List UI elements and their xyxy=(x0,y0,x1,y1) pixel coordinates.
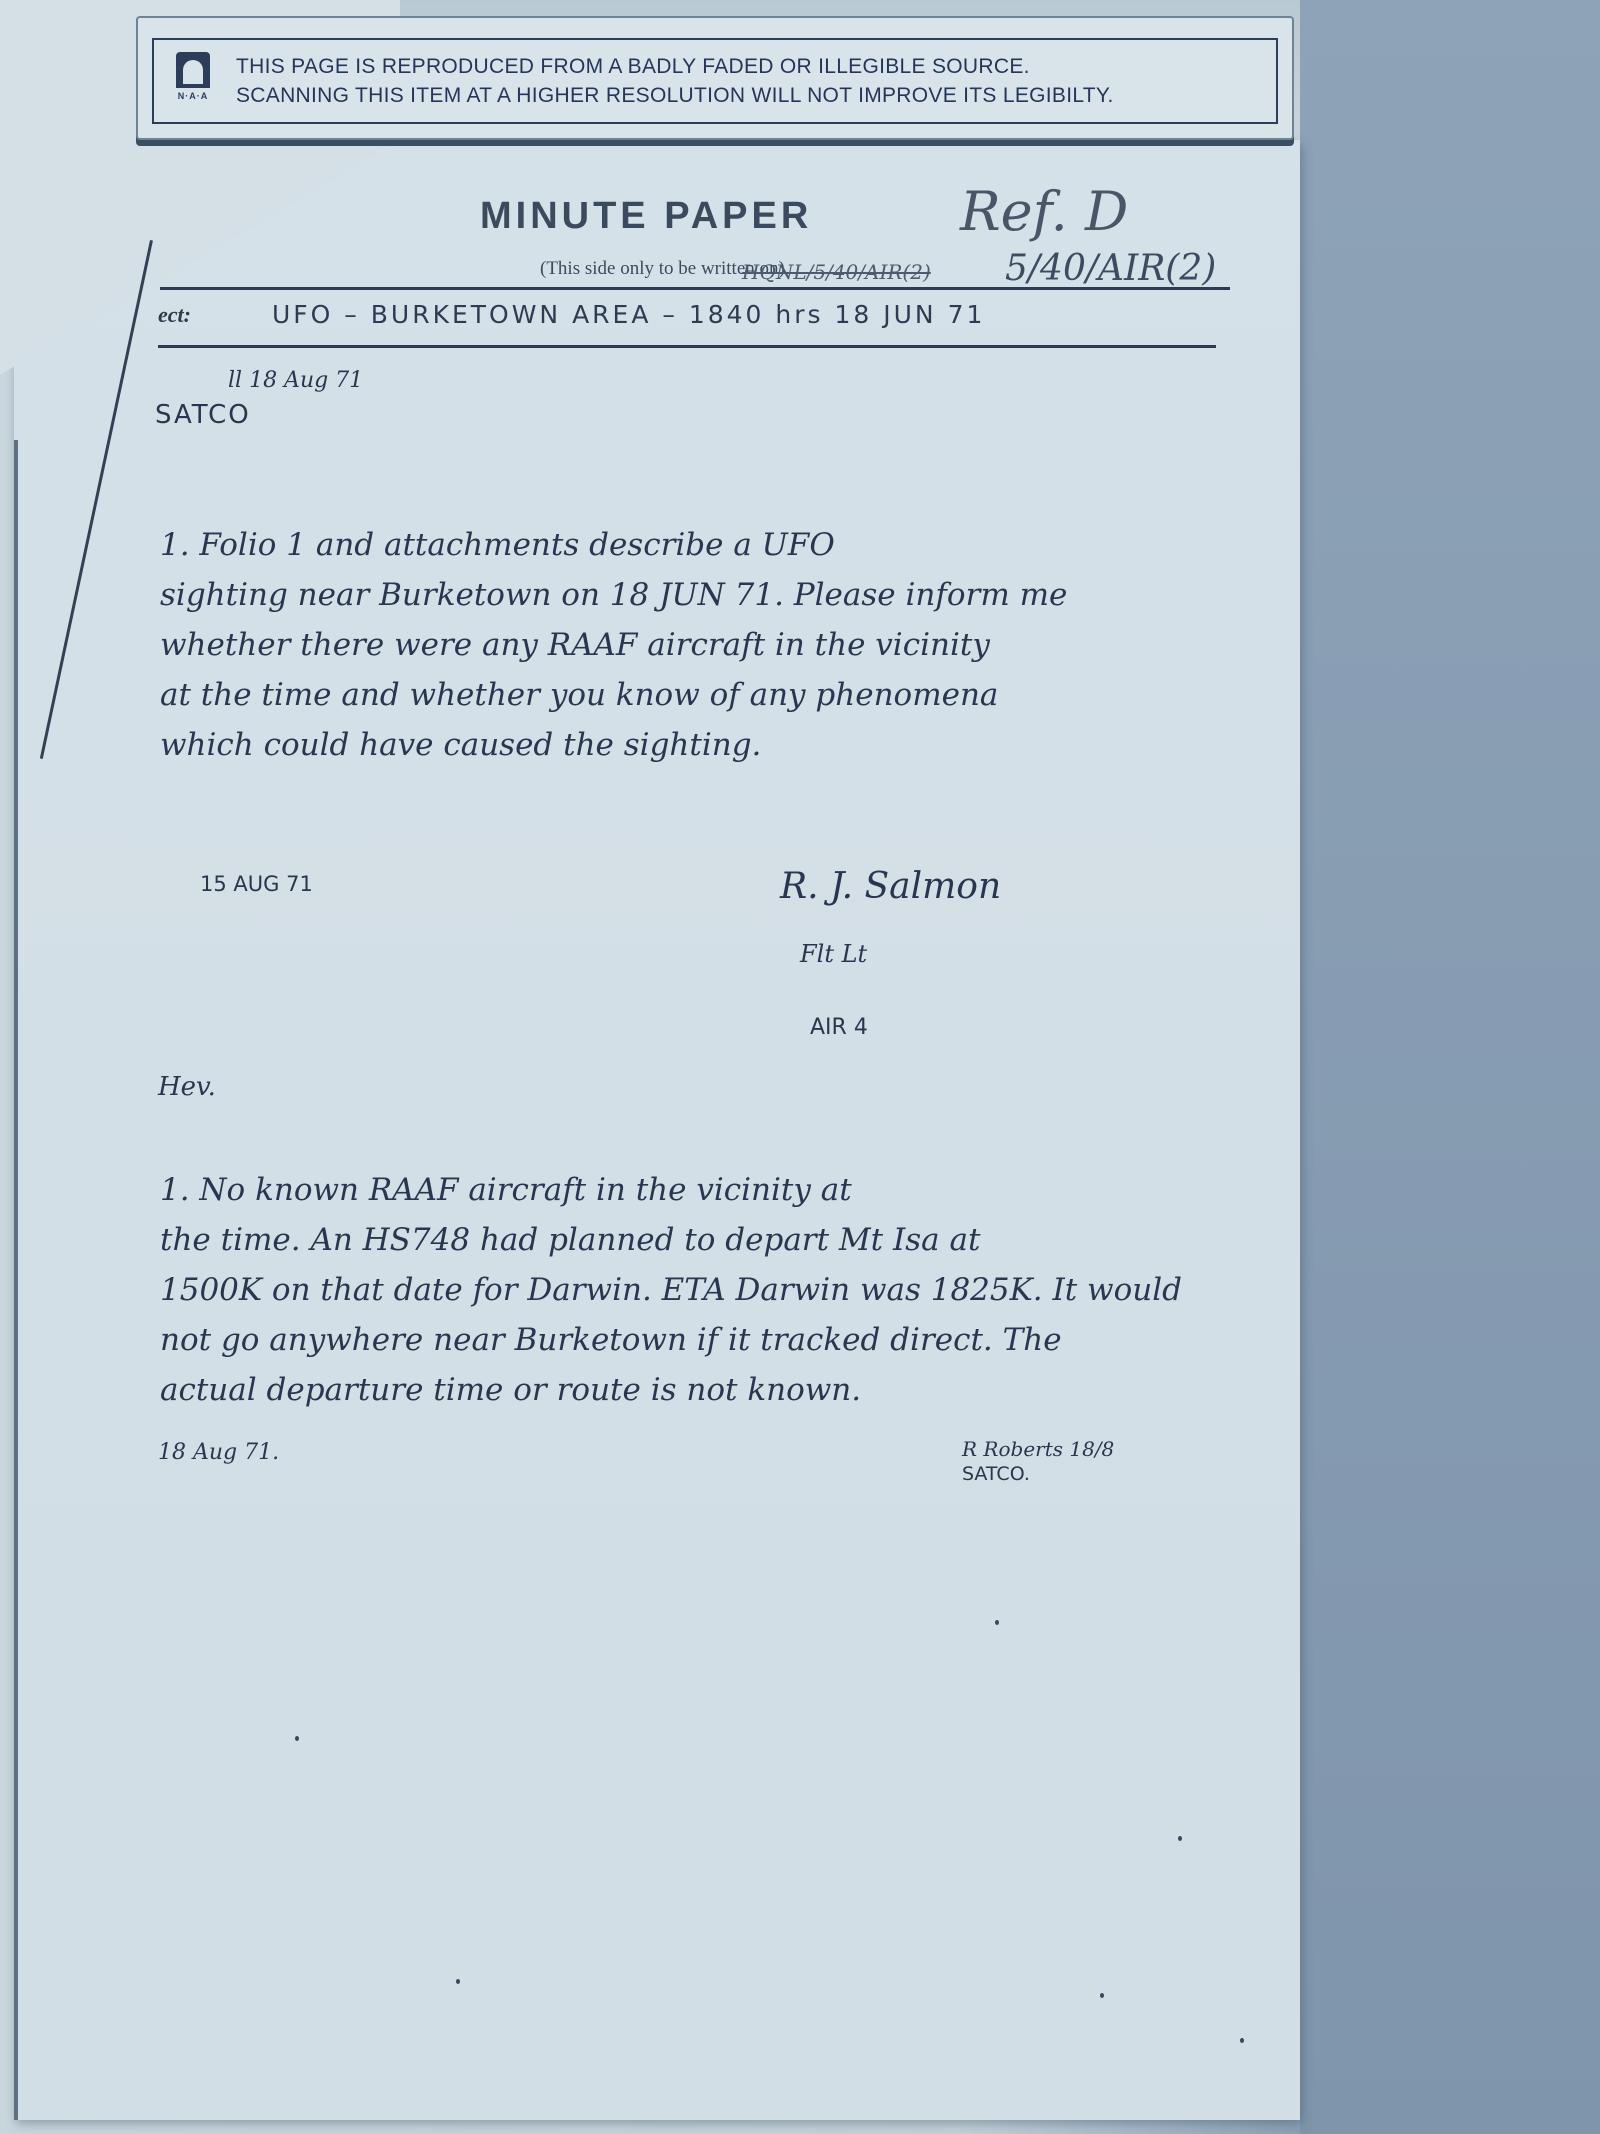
header-rule-top xyxy=(160,287,1230,290)
paper-speck xyxy=(456,1979,460,1984)
minute-2-date: 18 Aug 71. xyxy=(158,1440,279,1465)
minute-2-signature: R Roberts 18/8 xyxy=(962,1437,1114,1461)
file-ref-crossed: HQNL/5/40/AIR(2) xyxy=(742,260,931,284)
ref-mark: Ref. D xyxy=(960,180,1128,243)
minute-1-signature: R. J. Salmon xyxy=(780,866,1001,907)
addressee: SATCO xyxy=(155,400,251,430)
minute-2-greeting: Hev. xyxy=(158,1072,216,1102)
minute-2-role: SATCO. xyxy=(962,1463,1030,1485)
naa-logo-icon: N·A·A xyxy=(172,52,214,110)
receipt-initial: ll 18 Aug 71 xyxy=(228,368,363,393)
form-title: MINUTE PAPER xyxy=(480,195,812,238)
archive-notice-banner: N·A·A THIS PAGE IS REPRODUCED FROM A BAD… xyxy=(136,16,1294,140)
subject-label: ect: xyxy=(158,302,191,328)
minute-1-paragraph: 1. Folio 1 and attachments describe a UF… xyxy=(160,520,1160,770)
minute-1-rank: Flt Lt xyxy=(800,940,867,968)
paper-speck xyxy=(1100,1993,1104,1998)
header-rule-bottom xyxy=(158,345,1216,348)
notice-line-2: SCANNING THIS ITEM AT A HIGHER RESOLUTIO… xyxy=(236,81,1114,110)
scan-backdrop-right xyxy=(1300,0,1600,2134)
paper-speck xyxy=(295,1736,299,1741)
subject-line: UFO – BURKETOWN AREA – 1840 hrs 18 JUN 7… xyxy=(272,300,985,329)
minute-paper-sheet xyxy=(14,140,1300,2120)
paper-speck xyxy=(1240,2038,1244,2043)
notice-line-1: THIS PAGE IS REPRODUCED FROM A BADLY FAD… xyxy=(236,52,1114,81)
minute-1-date: 15 AUG 71 xyxy=(200,872,313,896)
minute-2-paragraph: 1. No known RAAF aircraft in the vicinit… xyxy=(160,1165,1220,1415)
paper-speck xyxy=(995,1620,999,1625)
sheet-edge xyxy=(14,440,18,2120)
file-ref: 5/40/AIR(2) xyxy=(1005,248,1216,289)
minute-1-unit: AIR 4 xyxy=(810,1015,868,1040)
paper-speck xyxy=(1178,1836,1182,1841)
notice-text: THIS PAGE IS REPRODUCED FROM A BADLY FAD… xyxy=(236,52,1114,110)
